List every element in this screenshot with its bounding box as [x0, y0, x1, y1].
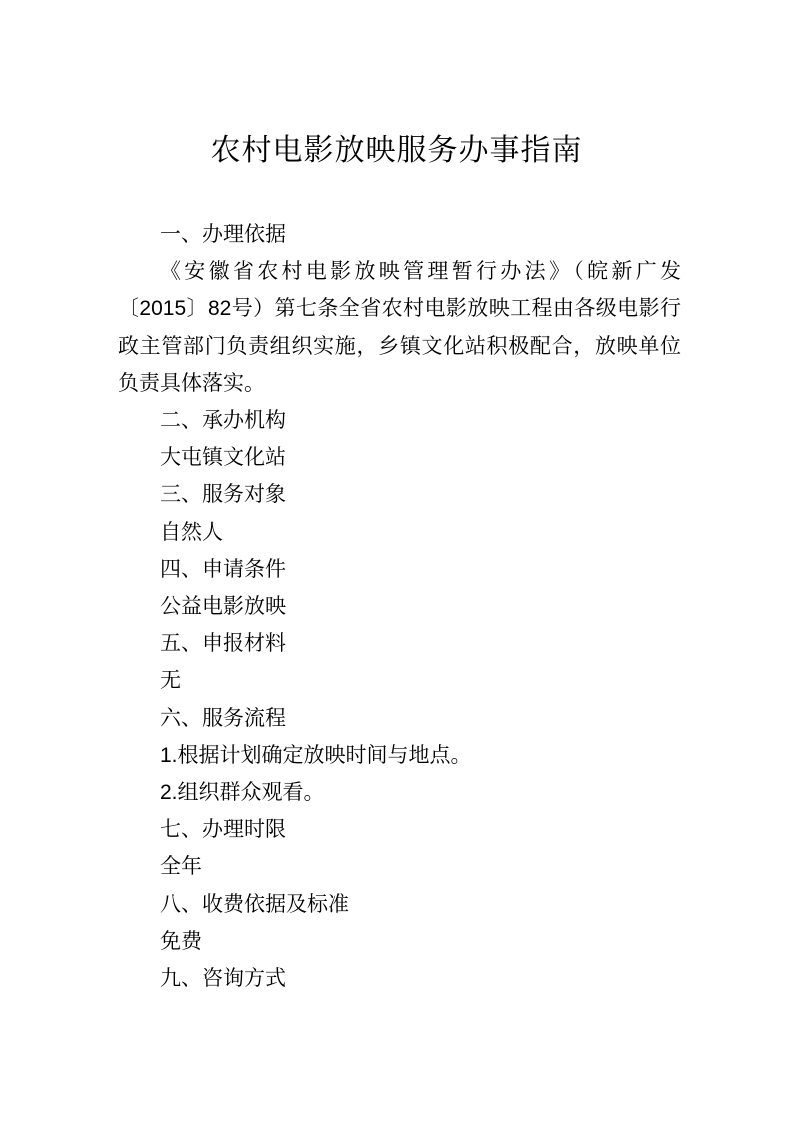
section-paragraph: 无: [118, 662, 681, 699]
section-heading: 六、服务流程: [118, 700, 681, 737]
section-paragraph: 《安徽省农村电影放映管理暂行办法》（皖新广发〔2015〕82号）第七条全省农村电…: [118, 253, 681, 402]
section-heading: 八、收费依据及标准: [118, 886, 681, 923]
document-section: 五、申报材料 无: [118, 625, 681, 699]
document-body: 一、办理依据 《安徽省农村电影放映管理暂行办法》（皖新广发〔2015〕82号）第…: [118, 216, 681, 997]
document-section: 八、收费依据及标准 免费: [118, 886, 681, 960]
document-section: 七、办理时限 全年: [118, 811, 681, 885]
section-paragraph: 自然人: [118, 514, 681, 551]
section-paragraph: 大屯镇文化站: [118, 439, 681, 476]
document-section: 三、服务对象 自然人: [118, 476, 681, 550]
document-title: 农村电影放映服务办事指南: [0, 0, 793, 171]
section-paragraph: 免费: [118, 923, 681, 960]
document-section: 九、咨询方式: [118, 960, 681, 997]
section-heading: 五、申报材料: [118, 625, 681, 662]
section-heading: 四、申请条件: [118, 551, 681, 588]
section-paragraph: 1.根据计划确定放映时间与地点。: [118, 737, 681, 774]
document-section: 六、服务流程 1.根据计划确定放映时间与地点。2.组织群众观看。: [118, 700, 681, 812]
section-paragraph: 公益电影放映: [118, 588, 681, 625]
document-page: 农村电影放映服务办事指南 一、办理依据 《安徽省农村电影放映管理暂行办法》（皖新…: [0, 0, 793, 1122]
section-heading: 一、办理依据: [118, 216, 681, 253]
document-section: 一、办理依据 《安徽省农村电影放映管理暂行办法》（皖新广发〔2015〕82号）第…: [118, 216, 681, 402]
section-heading: 二、承办机构: [118, 402, 681, 439]
document-section: 二、承办机构 大屯镇文化站: [118, 402, 681, 476]
section-paragraph: 全年: [118, 848, 681, 885]
section-paragraph: 2.组织群众观看。: [118, 774, 681, 811]
section-heading: 七、办理时限: [118, 811, 681, 848]
section-heading: 九、咨询方式: [118, 960, 681, 997]
document-section: 四、申请条件 公益电影放映: [118, 551, 681, 625]
section-heading: 三、服务对象: [118, 476, 681, 513]
